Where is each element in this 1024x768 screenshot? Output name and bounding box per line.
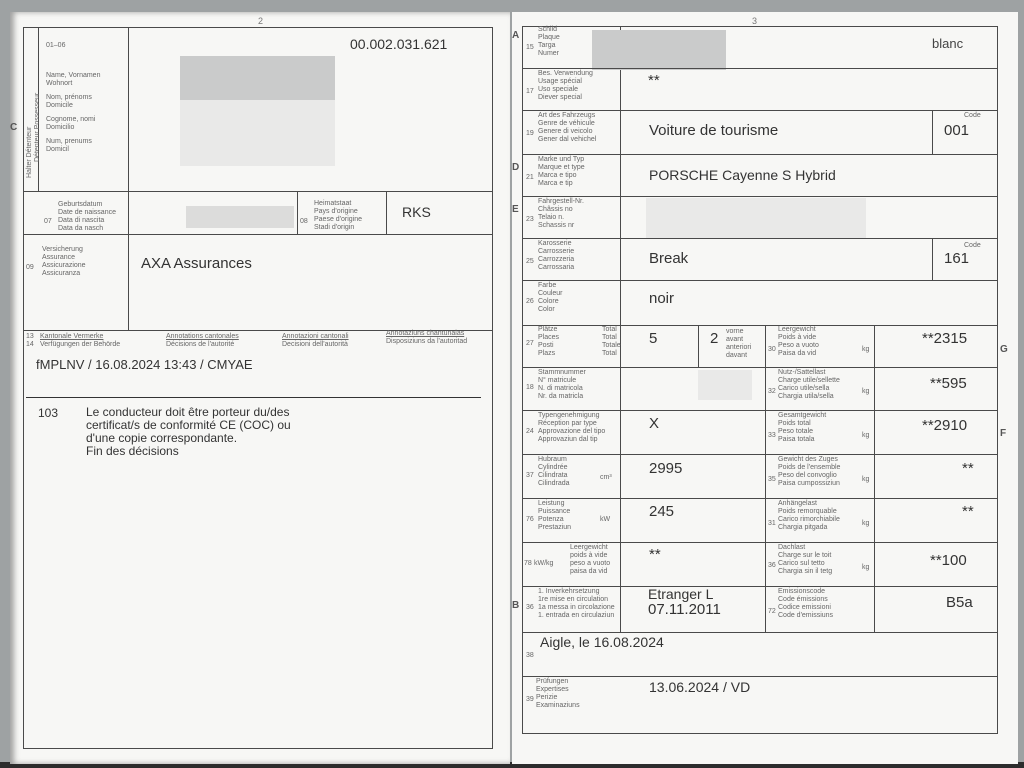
- label: Poids total: [778, 420, 826, 428]
- unit-kg: kg: [862, 388, 869, 395]
- divider: [523, 367, 997, 368]
- field-no-36: 36: [526, 604, 534, 611]
- unit-kg: kg: [862, 432, 869, 439]
- saddle-load-value: **595: [930, 375, 967, 392]
- label: Poids de l'ensemble: [778, 464, 840, 472]
- label: Emissionscode: [778, 588, 833, 596]
- type-approval-labels: Typengenehmigung Réception par type Appr…: [538, 412, 605, 444]
- unit-cm3: cm³: [600, 474, 612, 481]
- holder-vertical-label: Halter Détenteur: [26, 127, 33, 178]
- redacted-chassis-number: [646, 198, 866, 238]
- colour-labels: Farbe Couleur Colore Color: [538, 282, 563, 314]
- vehicle-type-code: 001: [944, 122, 969, 139]
- roof-load-value: **100: [930, 552, 967, 569]
- side-letter-e: E: [512, 204, 519, 215]
- label: Expertises: [536, 686, 580, 694]
- label: Uso speciale: [538, 86, 593, 94]
- label: Marca e tip: [538, 180, 585, 188]
- field-no-21: 21: [526, 174, 534, 181]
- label: Leergewicht: [778, 326, 819, 334]
- label: Paisa totala: [778, 436, 826, 444]
- label: Examinaziuns: [536, 702, 580, 710]
- trailer-load-value: **: [962, 503, 974, 520]
- label: Domicil: [46, 146, 126, 154]
- label: davant: [726, 352, 751, 360]
- label: Data di nascita: [58, 217, 116, 225]
- unit-kw-kg: kW/kg: [534, 560, 553, 567]
- divider: [297, 191, 298, 234]
- decision-code: 103: [38, 406, 58, 420]
- label: Dachlast: [778, 544, 832, 552]
- label: Code émissions: [778, 596, 833, 604]
- label: Telaio n.: [538, 214, 584, 222]
- field-no-31: 31: [768, 520, 776, 527]
- label: Versicherung: [42, 246, 86, 254]
- label: Carico rimorchiabile: [778, 516, 840, 524]
- divider: [24, 191, 492, 192]
- page-number-left: 2: [258, 16, 263, 26]
- label: Poids à vide: [778, 334, 819, 342]
- label: Nr. da matricla: [538, 393, 586, 401]
- code-label: Code: [964, 112, 981, 120]
- label: vorne: [726, 328, 751, 336]
- label: Prüfungen: [536, 678, 580, 686]
- label: Code d'emissiuns: [778, 612, 833, 620]
- label: Peso totale: [778, 428, 826, 436]
- label: Chargia utila/sella: [778, 393, 840, 401]
- label: 1. entrada en circulaziun: [538, 612, 615, 620]
- label: Puissance: [538, 508, 571, 516]
- displacement-labels: Hubraum Cylindrée Cilindrata Cilindrada: [538, 456, 570, 488]
- field-no-19: 19: [526, 130, 534, 137]
- label: Assicuranza: [42, 270, 86, 278]
- label: Kantonale Vermerke: [40, 333, 120, 341]
- divider: [523, 410, 997, 411]
- label: Totale: [602, 342, 621, 350]
- type-approval-value: X: [649, 415, 659, 432]
- label: Codice emissioni: [778, 604, 833, 612]
- side-letter-a: A: [512, 30, 519, 41]
- roof-load-labels: Dachlast Charge sur le toit Carico sul t…: [778, 544, 832, 576]
- label: Disposiziuns da l'autoritad: [386, 338, 467, 346]
- label: Colore: [538, 298, 563, 306]
- field-no-27: 27: [526, 340, 534, 347]
- divider: [523, 542, 997, 543]
- label: Total: [602, 350, 621, 358]
- label: Chargia pitgada: [778, 524, 840, 532]
- first-registration-date: 07.11.2011: [648, 602, 721, 618]
- make-model-labels: Marke und Typ Marque et type Marca e tip…: [538, 156, 585, 188]
- displacement-value: 2995: [649, 460, 682, 477]
- first-registration-labels: 1. Inverkehrsetzung 1re mise en circulat…: [538, 588, 615, 620]
- side-letter-g: G: [1000, 344, 1008, 355]
- label: Cognome, nomi: [46, 116, 126, 124]
- holder-vertical-label-2: Détenteur Possesseur: [34, 93, 41, 162]
- divider: [523, 68, 997, 69]
- annotation-header-fr: Annotations cantonales Décisions de l'au…: [166, 333, 239, 349]
- divider: [523, 280, 997, 281]
- redacted-matricule: [698, 370, 752, 400]
- label: Marque et type: [538, 164, 585, 172]
- total-weight-value: **2910: [922, 417, 967, 434]
- inspections-value: 13.06.2024 / VD: [649, 679, 750, 695]
- label: Farbe: [538, 282, 563, 290]
- label: Art des Fahrzeugs: [538, 112, 596, 120]
- divider: [128, 234, 129, 330]
- label: paisa da vid: [570, 568, 610, 576]
- annotation-field-nos: 13 14: [26, 333, 34, 349]
- label: 1a messa in circolazione: [538, 604, 615, 612]
- label: Domicile: [46, 102, 126, 110]
- label: avant: [726, 336, 751, 344]
- redacted-plate-number: [592, 30, 726, 70]
- decision-line: Fin des décisions: [86, 445, 291, 458]
- label: 1. Inverkehrsetzung: [538, 588, 615, 596]
- decision-text: Le conducteur doit être porteur du/des c…: [86, 406, 291, 458]
- label: Cilindrata: [538, 472, 570, 480]
- label: anteriori: [726, 344, 751, 352]
- label: Bes. Verwendung: [538, 70, 593, 78]
- label: Total: [602, 326, 621, 334]
- field-no-30: 30: [768, 346, 776, 353]
- label: Approvazione del tipo: [538, 428, 605, 436]
- label: Nutz-/Sattellast: [778, 369, 840, 377]
- divider: [932, 238, 933, 280]
- label: Carrozzeria: [538, 256, 574, 264]
- label: Couleur: [538, 290, 563, 298]
- field-no-78: 78: [524, 560, 532, 567]
- label: Châssis no: [538, 206, 584, 214]
- field-no-13: 13: [26, 333, 34, 341]
- label: Color: [538, 306, 563, 314]
- holder-labels: Name, Vornamen Wohnort Nom, prénoms Domi…: [46, 72, 126, 154]
- field-no-72: 72: [768, 608, 776, 615]
- label: Gesamtgewicht: [778, 412, 826, 420]
- label: Posti: [538, 342, 559, 350]
- divider: [523, 632, 997, 633]
- unit-kg: kg: [862, 520, 869, 527]
- vehicle-type-labels: Art des Fahrzeugs Genre de véhicule Gene…: [538, 112, 596, 144]
- divider: [386, 191, 387, 234]
- document-number: 00.002.031.621: [350, 36, 447, 52]
- power-weight-value: **: [649, 546, 661, 563]
- label: Genre de véhicule: [538, 120, 596, 128]
- label: Peso del convoglio: [778, 472, 840, 480]
- empty-weight-value: **2315: [922, 330, 967, 347]
- divider: [24, 234, 492, 235]
- divider: [26, 397, 481, 398]
- origin-value: RKS: [402, 204, 431, 220]
- divider: [698, 325, 699, 367]
- insurance-labels: Versicherung Assurance Assicurazione Ass…: [42, 246, 86, 278]
- origin-labels: Heimatstaat Pays d'origine Paese d'origi…: [314, 200, 362, 232]
- label: Stadi d'origin: [314, 224, 362, 232]
- inspections-labels: Prüfungen Expertises Perizie Examinaziun…: [536, 678, 580, 710]
- label: Carrossaria: [538, 264, 574, 272]
- label: Poids remorquable: [778, 508, 840, 516]
- right-page: 3 A D E B G F 15 Schild Plaque Targa Num…: [512, 12, 1018, 764]
- chassis-labels: Fahrgestell-Nr. Châssis no Telaio n. Sch…: [538, 198, 584, 230]
- label: Potenza: [538, 516, 571, 524]
- body-value: Break: [649, 250, 688, 267]
- holder-range-label: 01–06: [46, 42, 65, 50]
- label: Usage spécial: [538, 78, 593, 86]
- field-no-07: 07: [44, 218, 52, 225]
- divider: [523, 676, 997, 677]
- label: Stammnummer: [538, 369, 586, 377]
- body-labels: Karosserie Carrosserie Carrozzeria Carro…: [538, 240, 574, 272]
- field-no-38: 38: [526, 652, 534, 659]
- label: Approvaziun dal tip: [538, 436, 605, 444]
- label: Cylindrée: [538, 464, 570, 472]
- first-registration-origin: Etranger L: [648, 586, 721, 602]
- seats-total-value: 5: [649, 330, 657, 347]
- field-no-14: 14: [26, 341, 34, 349]
- label: Total: [602, 334, 621, 342]
- label: Charge utile/sellette: [778, 377, 840, 385]
- power-labels: Leistung Puissance Potenza Prestaziun: [538, 500, 571, 532]
- label: Cilindrada: [538, 480, 570, 488]
- label: Numer: [538, 50, 560, 58]
- label: Chargia sin il tetg: [778, 568, 832, 576]
- side-letter-d: D: [512, 162, 519, 173]
- label: Carico sul tetto: [778, 560, 832, 568]
- field-no-76: 76: [526, 516, 534, 523]
- seats-front-labels: vorne avant anteriori davant: [726, 328, 751, 360]
- code-label: Code: [964, 242, 981, 250]
- field-no-18: 18: [526, 384, 534, 391]
- redacted-holder-name: [180, 56, 335, 100]
- insurance-value: AXA Assurances: [141, 255, 252, 272]
- label: Anhängelast: [778, 500, 840, 508]
- divider: [523, 110, 997, 111]
- label: Gener dal vehichel: [538, 136, 596, 144]
- label: Places: [538, 334, 559, 342]
- divider: [523, 325, 997, 326]
- label: Paese d'origine: [314, 216, 362, 224]
- field-no-15: 15: [526, 44, 534, 51]
- label: Nom, prénoms: [46, 94, 126, 102]
- unit-kg: kg: [862, 476, 869, 483]
- plate-color: blanc: [932, 36, 963, 51]
- label: Marca e tipo: [538, 172, 585, 180]
- plate-labels: Schild Plaque Targa Numer: [538, 26, 560, 58]
- label: Leistung: [538, 500, 571, 508]
- label: Heimatstaat: [314, 200, 362, 208]
- label: Domicilio: [46, 124, 126, 132]
- special-use-value: **: [648, 72, 660, 89]
- label: Annotations cantonales: [166, 333, 239, 341]
- label: Gewicht des Zuges: [778, 456, 840, 464]
- field-no-17: 17: [526, 88, 534, 95]
- divider: [523, 238, 997, 239]
- label: Targa: [538, 42, 560, 50]
- label: Hubraum: [538, 456, 570, 464]
- unit-kg: kg: [862, 564, 869, 571]
- label: Fahrgestell-Nr.: [538, 198, 584, 206]
- field-no-32: 32: [768, 388, 776, 395]
- seats-front-value: 2: [710, 330, 718, 347]
- label: Pays d'origine: [314, 208, 362, 216]
- power-weight-labels: Leergewicht poids à vide peso a vuoto pa…: [570, 544, 610, 576]
- label: Verfügungen der Behörde: [40, 341, 120, 349]
- label: Carico utile/sella: [778, 385, 840, 393]
- seats-labels: Plätze Places Posti Plazs: [538, 326, 559, 358]
- label: poids à vide: [570, 552, 610, 560]
- label: Assurance: [42, 254, 86, 262]
- power-value: 245: [649, 503, 674, 520]
- place-date-value: Aigle, le 16.08.2024: [540, 634, 664, 650]
- first-registration-value: Etranger L 07.11.2011: [648, 586, 721, 618]
- redacted-birth-date: [186, 206, 294, 228]
- label: N. di matricola: [538, 385, 586, 393]
- colour-value: noir: [649, 290, 674, 307]
- vehicle-type-value: Voiture de tourisme: [649, 122, 778, 139]
- train-weight-labels: Gewicht des Zuges Poids de l'ensemble Pe…: [778, 456, 840, 488]
- divider: [932, 110, 933, 154]
- divider: [523, 454, 997, 455]
- field-no-25: 25: [526, 258, 534, 265]
- emission-code-labels: Emissionscode Code émissions Codice emis…: [778, 588, 833, 620]
- label: Leergewicht: [570, 544, 610, 552]
- label: Data da nasch: [58, 225, 116, 233]
- label: Assicurazione: [42, 262, 86, 270]
- holder-vline-2: [128, 28, 129, 248]
- label: N° matricule: [538, 377, 586, 385]
- label: Carrosserie: [538, 248, 574, 256]
- label: Geburtsdatum: [58, 201, 116, 209]
- special-use-labels: Bes. Verwendung Usage spécial Uso specia…: [538, 70, 593, 102]
- divider: [523, 196, 997, 197]
- label: Décisions de l'autorité: [166, 341, 239, 349]
- label: Karosserie: [538, 240, 574, 248]
- label: Charge sur le toit: [778, 552, 832, 560]
- side-letter-c: C: [10, 122, 17, 133]
- label: Schild: [538, 26, 560, 34]
- body-code: 161: [944, 250, 969, 267]
- trailer-load-labels: Anhängelast Poids remorquable Carico rim…: [778, 500, 840, 532]
- label: Annotaziuns chantunalas: [386, 330, 467, 338]
- total-weight-labels: Gesamtgewicht Poids total Peso totale Pa…: [778, 412, 826, 444]
- field-no-26: 26: [526, 298, 534, 305]
- field-no-37: 37: [526, 472, 534, 479]
- make-model-value: PORSCHE Cayenne S Hybrid: [649, 167, 836, 183]
- label: Num, prenums: [46, 138, 126, 146]
- label: peso a vuoto: [570, 560, 610, 568]
- label: Decisioni dell'autorità: [282, 341, 349, 349]
- label: Plaque: [538, 34, 560, 42]
- side-letter-b: B: [512, 600, 519, 611]
- left-page: 2 C Halter Détenteur Détenteur Possesseu…: [10, 12, 510, 764]
- annotation-header-de: Kantonale Vermerke Verfügungen der Behör…: [40, 333, 120, 349]
- redacted-holder-address: [180, 100, 335, 166]
- label: Typengenehmigung: [538, 412, 605, 420]
- label: Réception par type: [538, 420, 605, 428]
- label: Wohnort: [46, 80, 126, 88]
- label: Peso a vuoto: [778, 342, 819, 350]
- field-no-08: 08: [300, 218, 308, 225]
- label: Genere di veicolo: [538, 128, 596, 136]
- field-no-39: 39: [526, 696, 534, 703]
- label: Marke und Typ: [538, 156, 585, 164]
- label: Paisa da vid: [778, 350, 819, 358]
- label: Paisa cumpossiziun: [778, 480, 840, 488]
- label: Perizie: [536, 694, 580, 702]
- empty-weight-labels: Leergewicht Poids à vide Peso a vuoto Pa…: [778, 326, 819, 358]
- field-no-09: 09: [26, 264, 34, 271]
- matricule-labels: Stammnummer N° matricule N. di matricola…: [538, 369, 586, 401]
- label: Prestaziun: [538, 524, 571, 532]
- divider: [523, 498, 997, 499]
- label: Date de naissance: [58, 209, 116, 217]
- field-no-23: 23: [526, 216, 534, 223]
- label: Schassis nr: [538, 222, 584, 230]
- seats-total-labels: Total Total Totale Total: [602, 326, 621, 358]
- saddle-load-labels: Nutz-/Sattellast Charge utile/sellette C…: [778, 369, 840, 401]
- unit-kw: kW: [600, 516, 610, 523]
- emission-code-value: B5a: [946, 594, 973, 611]
- annotation-stamp-line: fMPLNV / 16.08.2024 13:43 / CMYAE: [36, 357, 253, 372]
- train-weight-value: **: [962, 460, 974, 477]
- divider: [523, 154, 997, 155]
- side-letter-f: F: [1000, 428, 1006, 439]
- label: Plazs: [538, 350, 559, 358]
- label: Name, Vornamen: [46, 72, 126, 80]
- annotation-header-it: Annotazioni cantonali Decisioni dell'aut…: [282, 333, 349, 349]
- label: Plätze: [538, 326, 559, 334]
- annotation-header-rm: Annotaziuns chantunalas Disposiziuns da …: [386, 330, 467, 346]
- field-no-33: 33: [768, 432, 776, 439]
- divider: [523, 586, 997, 587]
- field-no-24: 24: [526, 428, 534, 435]
- field-no-36-roof: 36: [768, 562, 776, 569]
- unit-kg: kg: [862, 346, 869, 353]
- label: 1re mise en circulation: [538, 596, 615, 604]
- field-no-35: 35: [768, 476, 776, 483]
- label: Annotazioni cantonali: [282, 333, 349, 341]
- birth-labels: Geburtsdatum Date de naissance Data di n…: [58, 201, 116, 233]
- label: Diever special: [538, 94, 593, 102]
- page-number-right: 3: [752, 16, 757, 26]
